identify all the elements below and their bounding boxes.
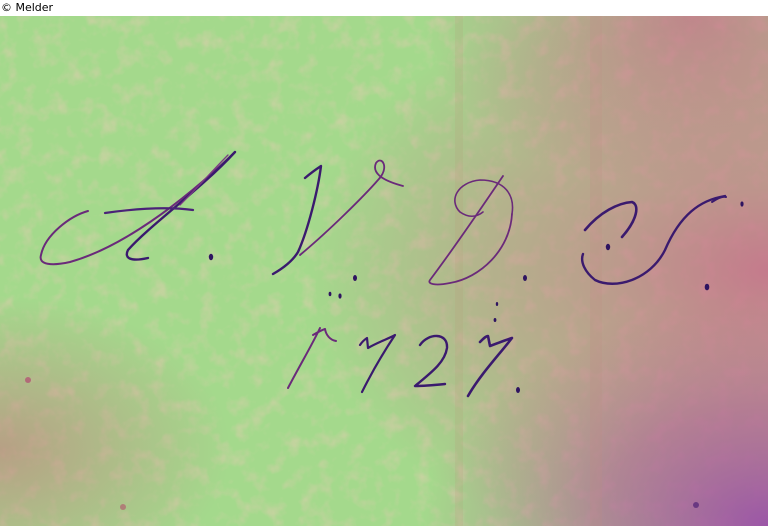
- letter-d-stroke: [429, 176, 512, 284]
- letter-a-stroke: [41, 152, 235, 264]
- letter-s-stroke: [582, 196, 726, 284]
- letter-v-stroke: [273, 161, 403, 274]
- credit-bar: © Melder: [0, 0, 768, 16]
- inscription-photo: [0, 16, 768, 526]
- handwritten-inscription: [0, 16, 768, 526]
- year-digits: [288, 318, 512, 396]
- copyright-credit: © Melder: [1, 1, 53, 14]
- period-marks: [209, 201, 744, 393]
